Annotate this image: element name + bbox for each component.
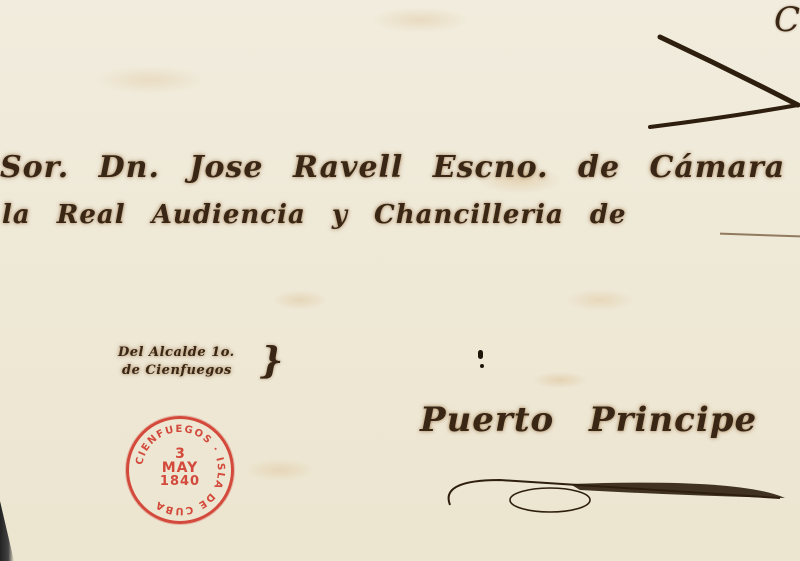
ink-dot <box>478 350 483 359</box>
postmark-month: MAY <box>129 461 231 475</box>
letter-cover: C Sor. Dn. Jose Ravell Escno. de Cámara … <box>0 0 800 561</box>
arrow-mark-icon <box>640 25 800 135</box>
flourish-underline-icon <box>440 470 790 520</box>
ink-dot <box>480 364 484 368</box>
scan-edge <box>0 501 14 561</box>
postmark-day: 3 <box>129 447 231 461</box>
underline-stroke <box>720 233 800 238</box>
origin-note-line-2: de Cienfuegos <box>118 362 235 380</box>
destination: Puerto Principe <box>420 400 757 440</box>
address-line-2: la Real Audiencia y Chancilleria de <box>2 200 627 230</box>
postmark-stamp: CIENFUEGOS · ISLA DE CUBA 3 MAY 1840 <box>126 416 234 524</box>
postmark-date: 3 MAY 1840 <box>129 447 231 489</box>
postmark-year: 1840 <box>129 475 231 489</box>
origin-note-line-1: Del Alcalde 1o. <box>118 344 235 362</box>
address-line-1: Sor. Dn. Jose Ravell Escno. de Cámara <box>0 150 785 185</box>
origin-note: Del Alcalde 1o. de Cienfuegos <box>118 344 235 380</box>
brace-mark: } <box>260 340 283 382</box>
